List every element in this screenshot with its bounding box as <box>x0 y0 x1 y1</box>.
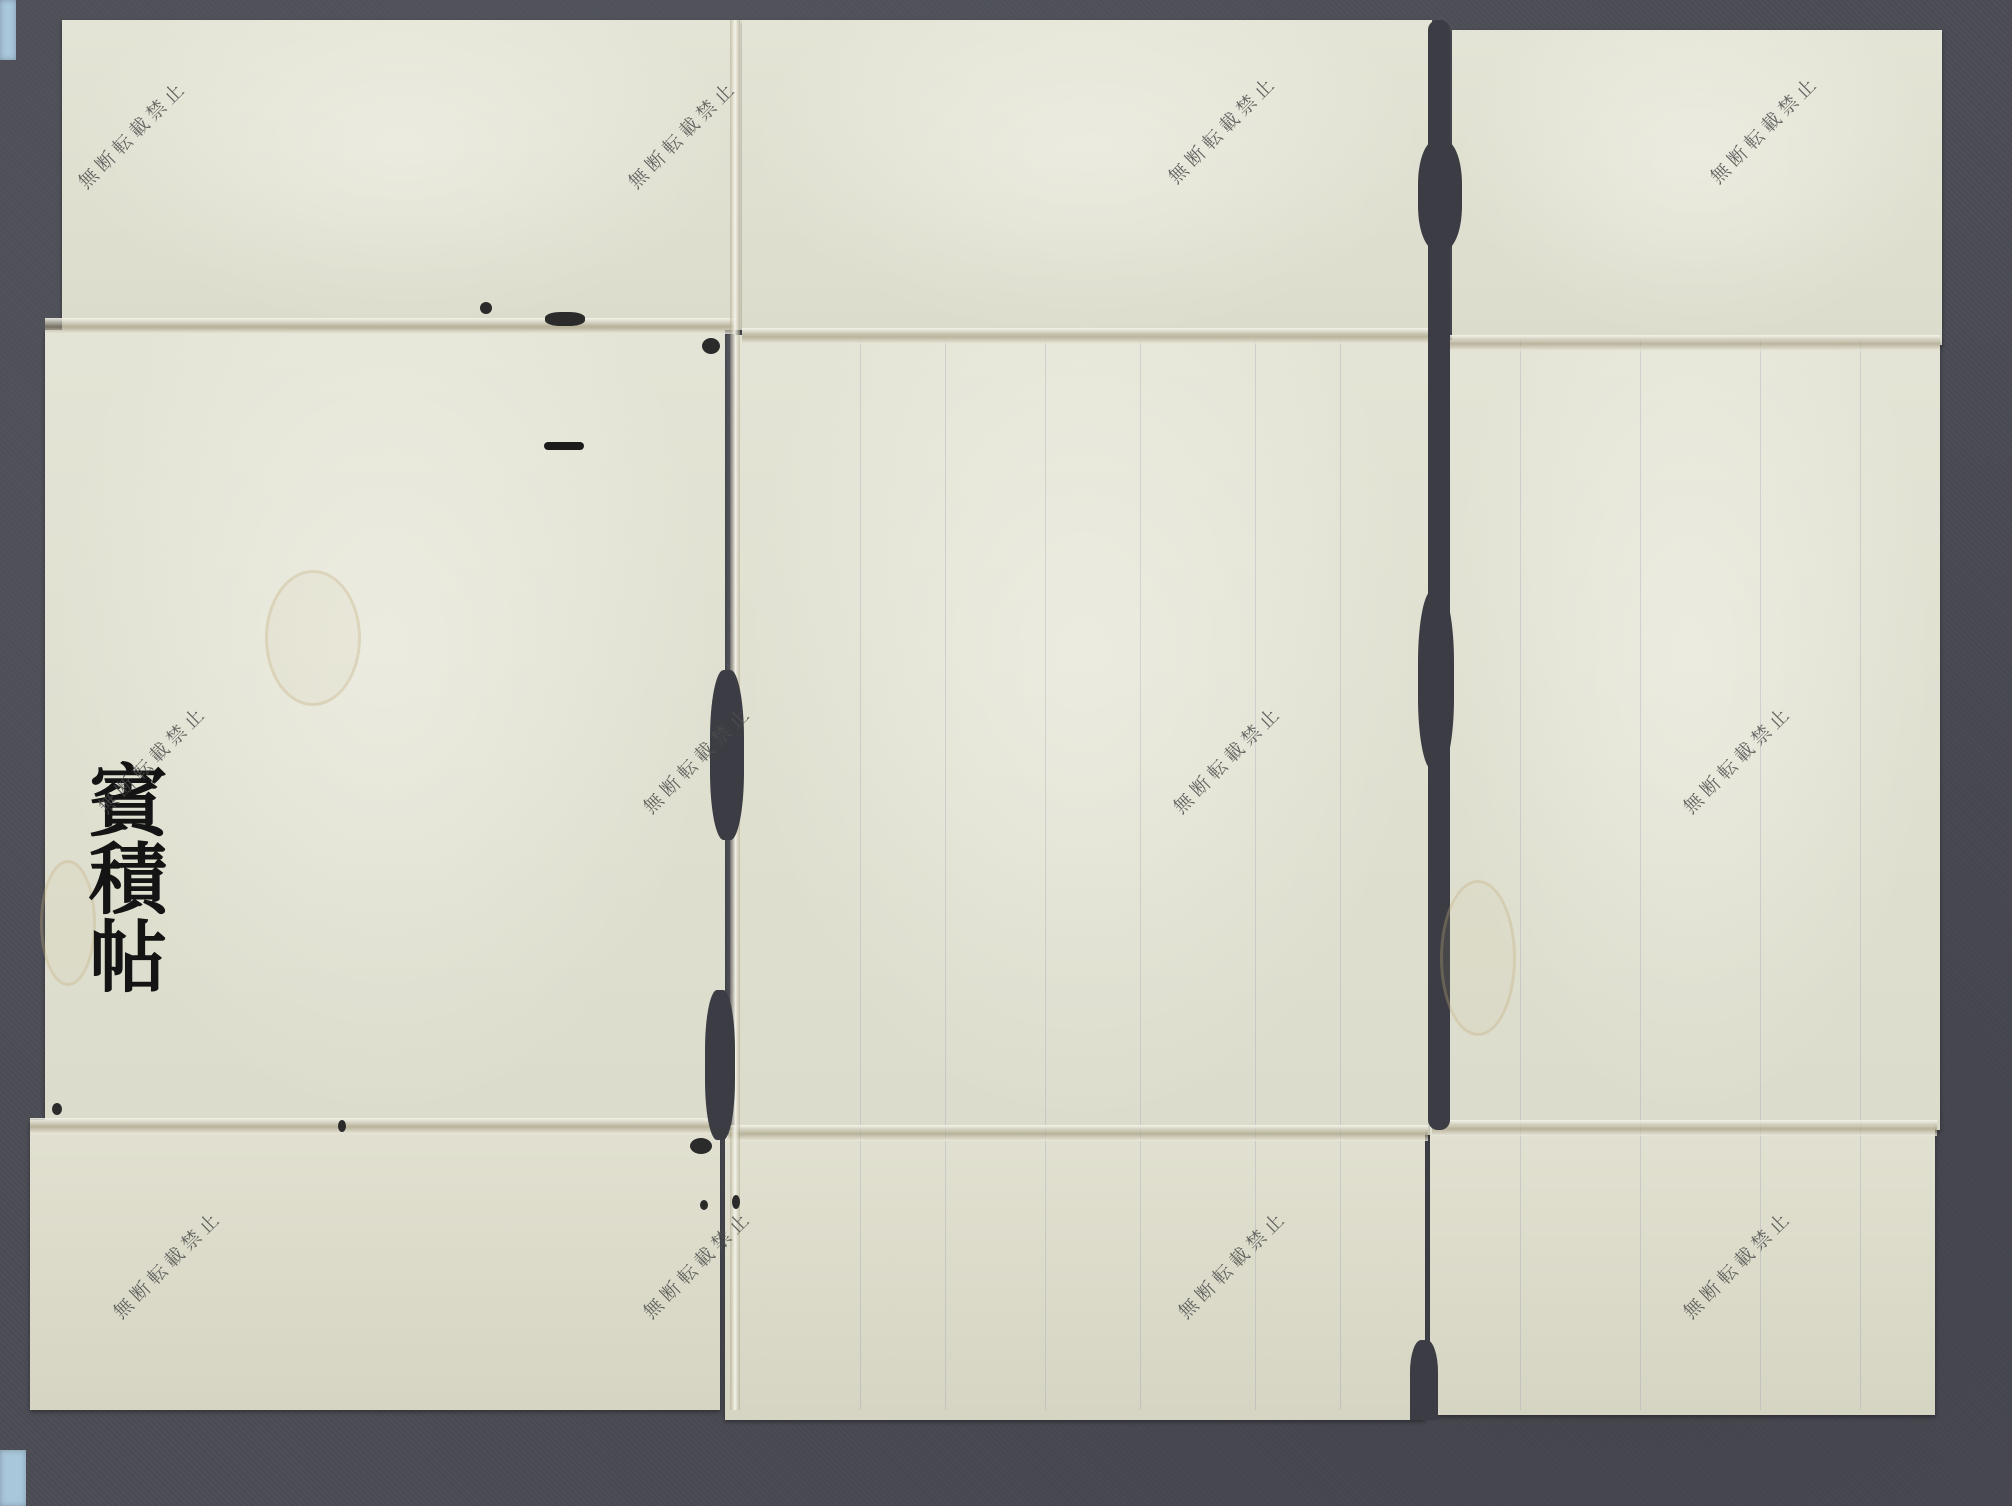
ruled-line <box>1640 340 1641 1410</box>
panel-left-bottom <box>30 1120 720 1410</box>
tear-right-bottom-notch <box>1410 1340 1438 1420</box>
panel-center-middle <box>735 335 1430 1135</box>
fold-horizontal-lower-center <box>728 1125 1428 1141</box>
fold-horizontal-upper-right <box>1448 335 1940 351</box>
fold-horizontal-lower-right <box>1432 1120 1937 1136</box>
ink-spot <box>338 1120 346 1132</box>
blue-card-bottom-left <box>0 1450 26 1506</box>
blue-card-top-left <box>0 0 16 60</box>
fold-horizontal-lower-left <box>30 1118 725 1134</box>
panel-left-middle <box>45 330 725 1130</box>
ruled-line <box>1860 340 1861 1410</box>
ruled-line <box>860 340 861 1410</box>
ruled-line <box>1520 340 1521 1410</box>
ink-spot <box>52 1103 62 1115</box>
panel-center-top <box>742 20 1432 340</box>
burn-hole <box>545 312 585 326</box>
ink-spot <box>480 302 492 314</box>
panel-right-top <box>1452 30 1942 345</box>
panel-right-middle <box>1440 340 1940 1130</box>
fold-horizontal-upper-left <box>45 318 735 334</box>
water-stain <box>1440 880 1516 1036</box>
burn-hole <box>690 1138 712 1154</box>
panel-center-bottom <box>725 1130 1425 1420</box>
ruled-line <box>1340 340 1341 1410</box>
burn-hole <box>702 338 720 354</box>
tear-left-fold-lower <box>705 990 735 1140</box>
tear-right-split-bulge-lower <box>1418 590 1454 770</box>
ruled-line <box>945 340 946 1410</box>
handwritten-mark-ichi <box>544 442 584 450</box>
ink-spot <box>700 1200 708 1210</box>
tear-right-split-bulge <box>1418 140 1462 250</box>
ruled-line <box>1045 340 1046 1410</box>
ruled-line <box>1140 340 1141 1410</box>
water-stain <box>265 570 361 706</box>
fold-horizontal-upper-center <box>742 328 1432 344</box>
